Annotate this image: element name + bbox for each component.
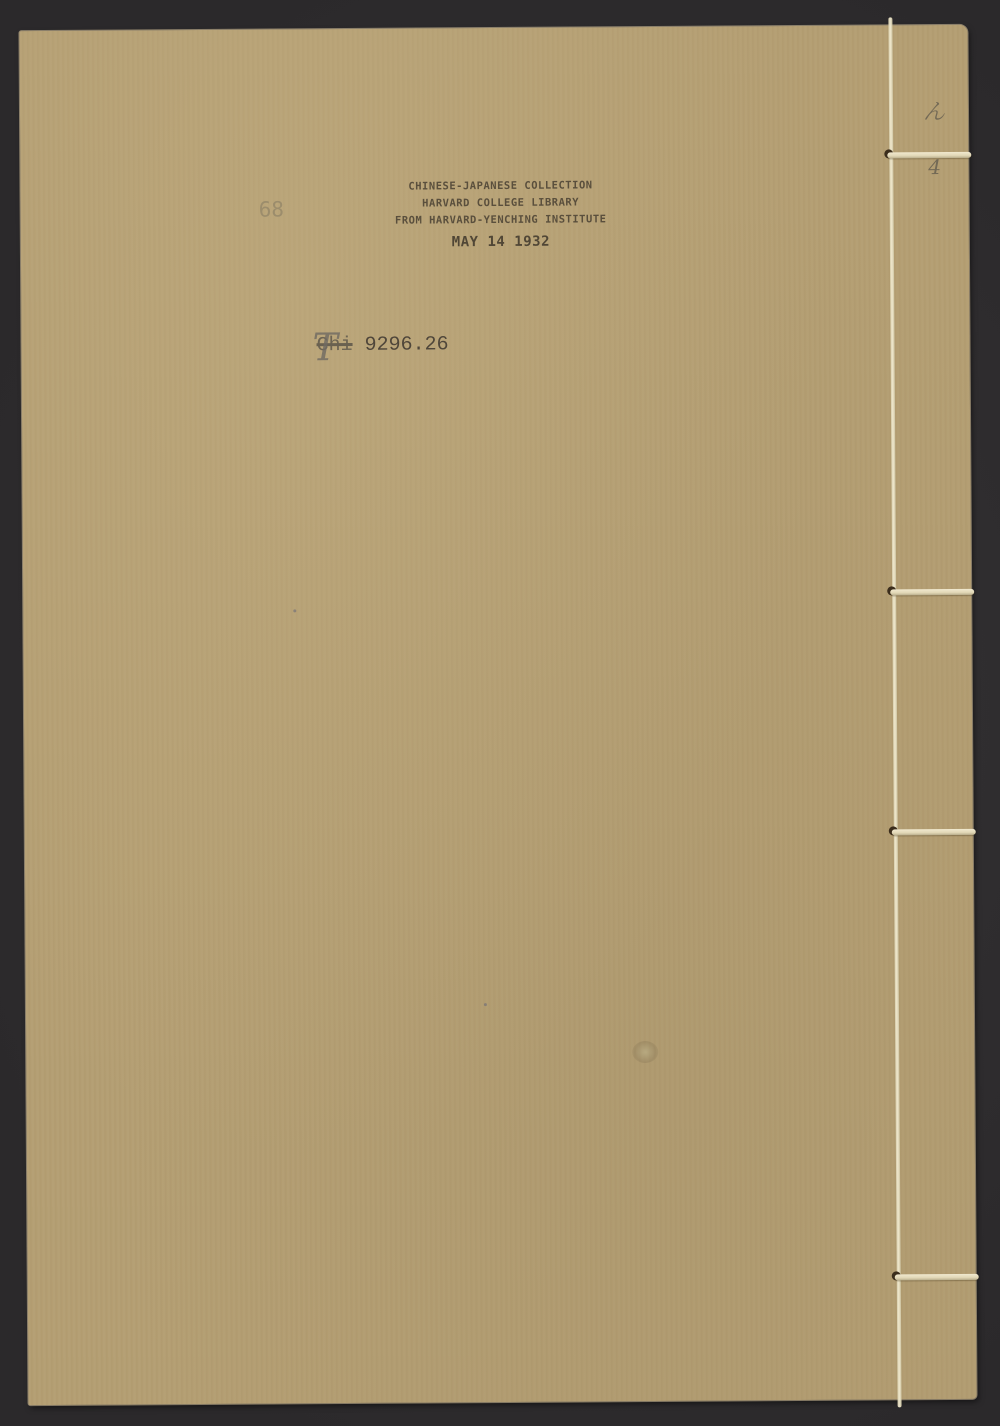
binding-stitch — [895, 1274, 979, 1281]
binding-thread — [888, 17, 901, 1407]
margin-note-volume-number: 4 — [928, 155, 941, 179]
book-cover-page: ん 4 68 CHINESE-JAPANESE COLLECTION HARVA… — [19, 25, 976, 1405]
pencil-correction: T — [312, 325, 338, 369]
binding-stitch — [892, 829, 976, 836]
binding-stitch — [890, 589, 974, 596]
call-number: T Chi 9296.26 — [316, 333, 448, 357]
library-accession-stamp: CHINESE-JAPANESE COLLECTION HARVARD COLL… — [360, 177, 640, 254]
folio-number: 68 — [259, 197, 284, 221]
call-number-value: 9296.26 — [365, 333, 449, 357]
paper-speck — [484, 1003, 487, 1006]
stamp-line-source: FROM HARVARD-YENCHING INSTITUTE — [361, 211, 641, 230]
paper-stain — [632, 1041, 658, 1063]
stamp-date: MAY 14 1932 — [361, 230, 641, 254]
stamp-line-collection: CHINESE-JAPANESE COLLECTION — [360, 177, 640, 196]
stamp-line-library: HARVARD COLLEGE LIBRARY — [361, 194, 641, 213]
paper-speck — [293, 609, 296, 612]
margin-note-top: ん — [923, 95, 945, 126]
